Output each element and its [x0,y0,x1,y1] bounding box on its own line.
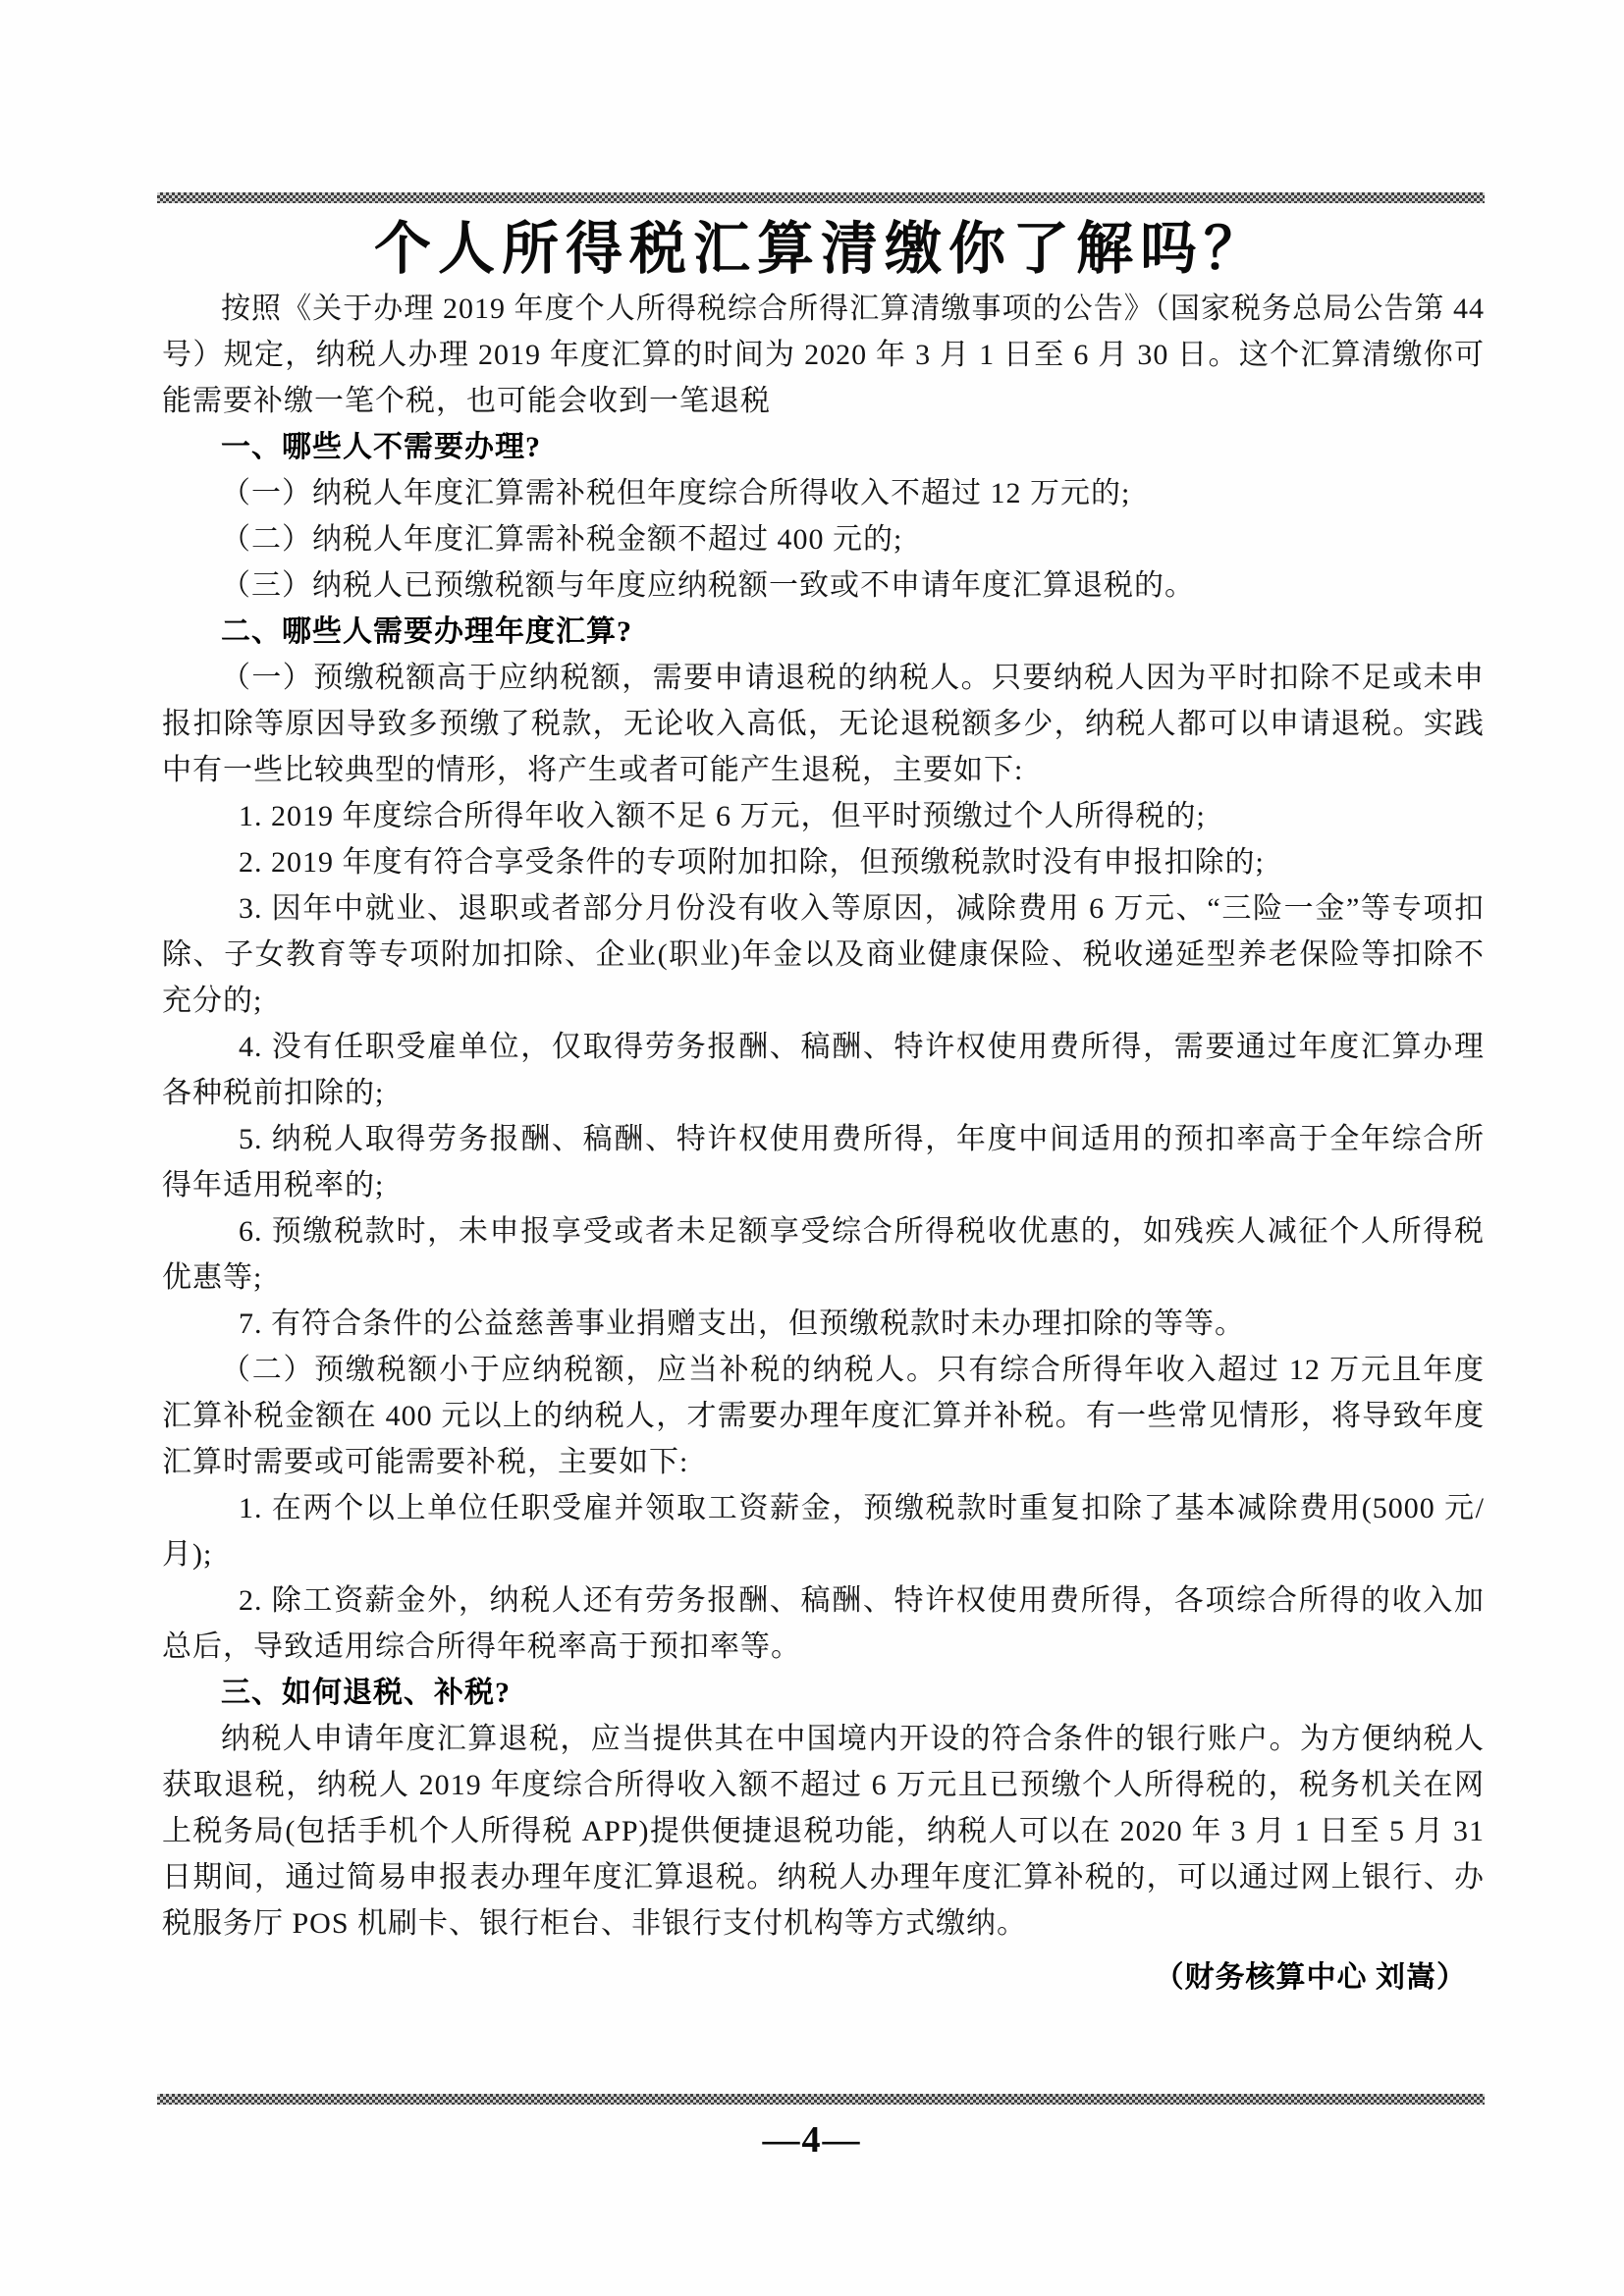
author-attribution: （财务核算中心 刘嵩） [162,1954,1485,2001]
list-item-1-1: （一）纳税人年度汇算需补税但年度综合所得收入不超过 12 万元的; [162,470,1485,516]
section-2-paragraph-owing: （二）预缴税额小于应纳税额，应当补税的纳税人。只有综合所得年收入超过 12 万元… [162,1347,1485,1485]
page-number: —4— [0,2118,1624,2162]
section-heading-2: 二、哪些人需要办理年度汇算? [162,609,1485,655]
refund-case-7: 7. 有符合条件的公益慈善事业捐赠支出，但预缴税款时未办理扣除的等等。 [162,1301,1485,1347]
list-item-1-3: （三）纳税人已预缴税额与年度应纳税额一致或不申请年度汇算退税的。 [162,562,1485,609]
refund-case-2: 2. 2019 年度有符合享受条件的专项附加扣除，但预缴税款时没有申报扣除的; [162,839,1485,885]
section-heading-1: 一、哪些人不需要办理? [162,424,1485,470]
document-body: 按照《关于办理 2019 年度个人所得税综合所得汇算清缴事项的公告》（国家税务总… [162,286,1485,2001]
owing-case-1: 1. 在两个以上单位任职受雇并领取工资薪金，预缴税款时重复扣除了基本减除费用(5… [162,1485,1485,1577]
refund-case-1: 1. 2019 年度综合所得年收入额不足 6 万元，但平时预缴过个人所得税的; [162,793,1485,839]
refund-case-6: 6. 预缴税款时，未申报享受或者未足额享受综合所得税收优惠的，如残疾人减征个人所… [162,1208,1485,1301]
section-heading-3: 三、如何退税、补税? [162,1670,1485,1716]
owing-case-2: 2. 除工资薪金外，纳税人还有劳务报酬、稿酬、特许权使用费所得，各项综合所得的收… [162,1577,1485,1670]
bottom-halftone-rule [157,2094,1485,2105]
list-item-1-2: （二）纳税人年度汇算需补税金额不超过 400 元的; [162,516,1485,562]
section-2-paragraph-refund: （一）预缴税额高于应纳税额，需要申请退税的纳税人。只要纳税人因为平时扣除不足或未… [162,655,1485,793]
refund-case-5: 5. 纳税人取得劳务报酬、稿酬、特许权使用费所得，年度中间适用的预扣率高于全年综… [162,1116,1485,1208]
page-title: 个人所得税汇算清缴你了解吗？ [157,202,1485,285]
refund-case-4: 4. 没有任职受雇单位，仅取得劳务报酬、稿酬、特许权使用费所得，需要通过年度汇算… [162,1024,1485,1116]
document-page: 个人所得税汇算清缴你了解吗？ 按照《关于办理 2019 年度个人所得税综合所得汇… [0,0,1624,2296]
refund-case-3: 3. 因年中就业、退职或者部分月份没有收入等原因，减除费用 6 万元、“三险一金… [162,885,1485,1024]
intro-paragraph: 按照《关于办理 2019 年度个人所得税综合所得汇算清缴事项的公告》（国家税务总… [162,286,1485,424]
section-3-paragraph: 纳税人申请年度汇算退税，应当提供其在中国境内开设的符合条件的银行账户。为方便纳税… [162,1716,1485,1947]
